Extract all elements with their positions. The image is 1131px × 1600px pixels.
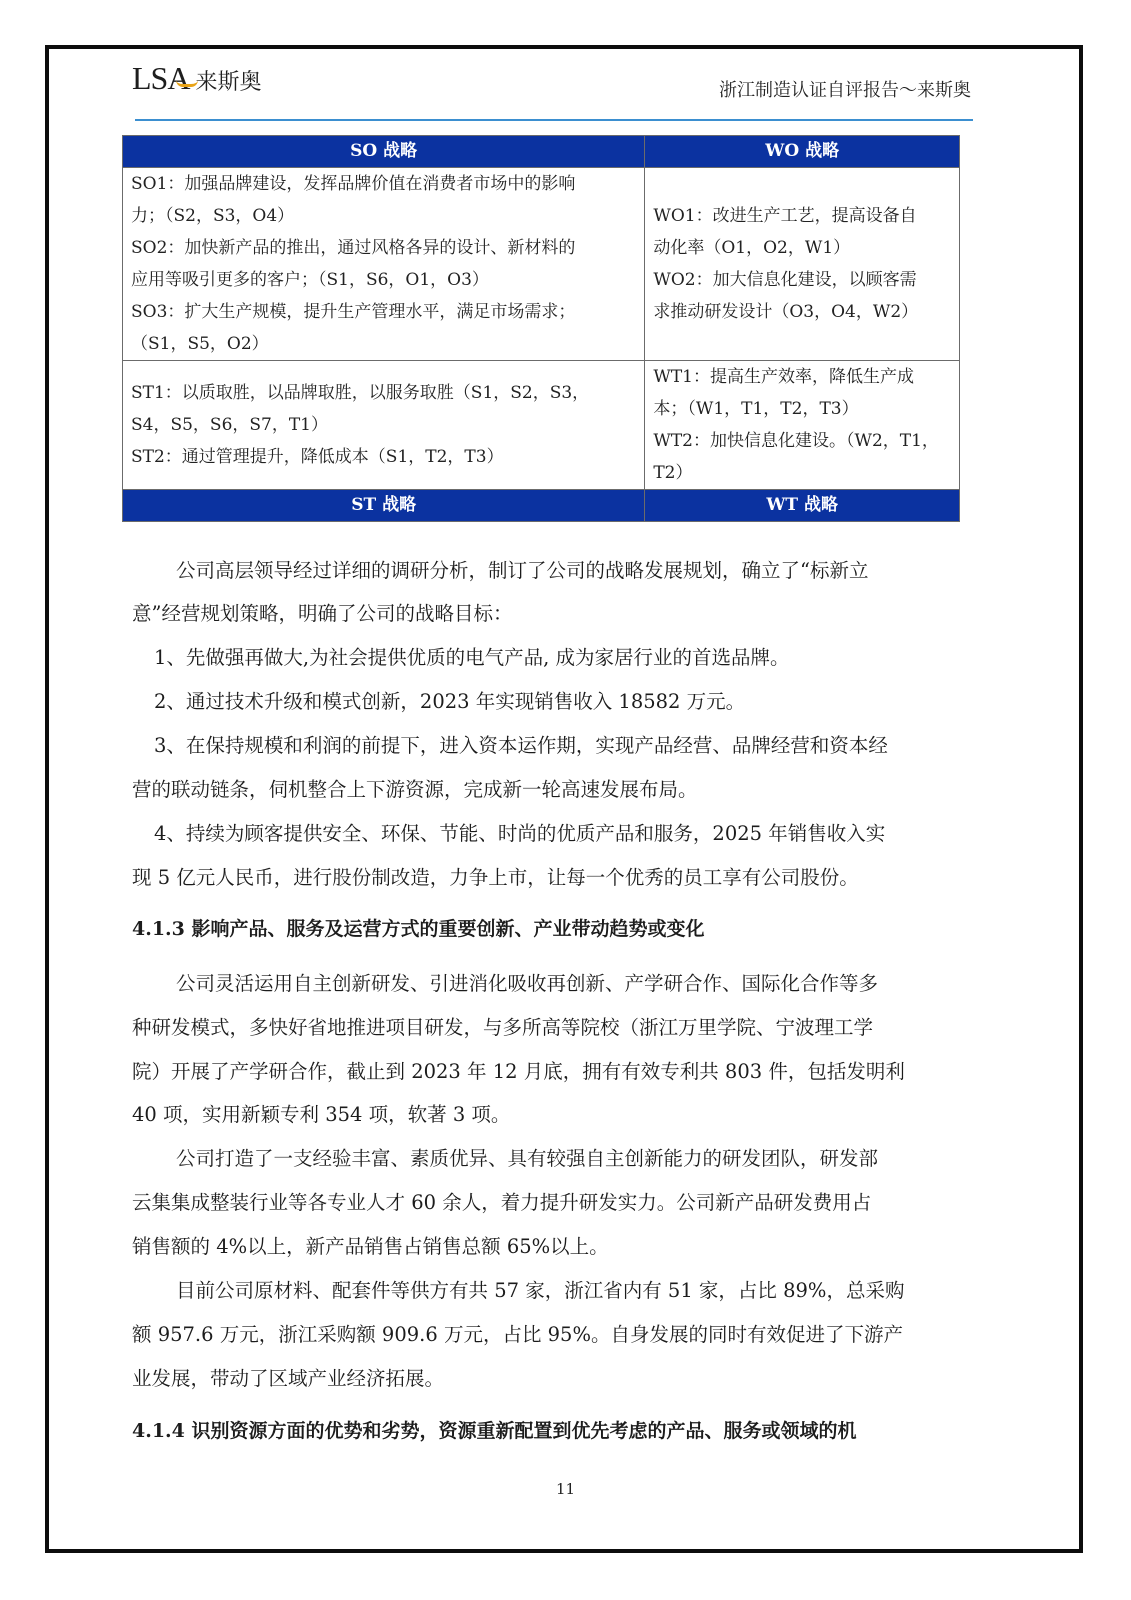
so-line: SO2：加快新产品的推出，通过风格各异的设计、新材料的 [131,232,636,264]
st-line: S4，S5，S6，S7，T1） [131,409,636,441]
logo-latin-text: LSA [132,60,189,97]
so-strategy-cell: SO1：加强品牌建设，发挥品牌价值在消费者市场中的影响 力；（S2，S3，O4）… [123,168,645,361]
goal-item-1: 1、先做强再做大,为社会提供优质的电气产品, 成为家居行业的首选品牌。 [132,642,790,670]
table-row: SO1：加强品牌建设，发挥品牌价值在消费者市场中的影响 力；（S2，S3，O4）… [123,168,960,361]
innovation-paragraph-line: 公司灵活运用自主创新研发、引进消化吸收再创新、产学研合作、国际化合作等多 [132,968,878,996]
innovation-paragraph-line: 院）开展了产学研合作，截止到 2023 年 12 月底，拥有有效专利共 803 … [132,1056,905,1084]
wt-strategy-header: WT 战略 [645,490,960,522]
st-strategy-cell: ST1：以质取胜，以品牌取胜，以服务取胜（S1，S2，S3， S4，S5，S6，… [123,361,645,490]
so-line: SO3：扩大生产规模，提升生产管理水平，满足市场需求； [131,296,636,328]
wt-line: WT1：提高生产效率，降低生产成 [653,361,951,393]
wt-line: T2） [653,457,951,489]
section-heading-4-1-3: 4.1.3 影响产品、服务及运营方式的重要创新、产业带动趋势或变化 [132,914,705,941]
team-paragraph-line: 公司打造了一支经验丰富、素质优异、具有较强自主创新能力的研发团队，研发部 [132,1143,878,1171]
logo-swoosh-icon [176,80,198,87]
st-strategy-header: ST 战略 [123,490,645,522]
so-line: 应用等吸引更多的客户；（S1，S6，O1，O3） [131,264,636,296]
section-heading-4-1-4: 4.1.4 识别资源方面的优势和劣势，资源重新配置到优先考虑的产品、服务或领域的… [132,1416,857,1443]
innovation-paragraph-line: 种研发模式，多快好省地推进项目研发，与多所高等院校（浙江万里学院、宁波理工学 [132,1012,873,1040]
wt-line: 本；（W1，T1，T2，T3） [653,393,951,425]
table-row: ST1：以质取胜，以品牌取胜，以服务取胜（S1，S2，S3， S4，S5，S6，… [123,361,960,490]
innovation-paragraph-line: 40 项，实用新颖专利 354 项，软著 3 项。 [132,1099,510,1127]
so-line: SO1：加强品牌建设，发挥品牌价值在消费者市场中的影响 [131,168,636,200]
wt-line: WT2：加快信息化建设。（W2，T1， [653,425,951,457]
wo-line: 动化率（O1，O2，W1） [653,232,951,264]
suppliers-paragraph-line: 额 957.6 万元，浙江采购额 909.6 万元，占比 95%。自身发展的同时… [132,1319,903,1347]
company-logo: LSA 来斯奥 [132,60,261,97]
page-number: 11 [0,1480,1131,1498]
goal-item-2: 2、通过技术升级和模式创新，2023 年实现销售收入 18582 万元。 [132,686,745,714]
so-line: 力；（S2，S3，O4） [131,200,636,232]
goal-item-3-cont: 营的联动链条，伺机整合上下游资源，完成新一轮高速发展布局。 [132,774,698,802]
section-title: 识别资源方面的优势和劣势，资源重新配置到优先考虑的产品、服务或领域的机 [192,1420,857,1442]
section-title: 影响产品、服务及运营方式的重要创新、产业带动趋势或变化 [192,918,705,940]
wt-strategy-cell: WT1：提高生产效率，降低生产成 本；（W1，T1，T2，T3） WT2：加快信… [645,361,960,490]
swot-strategy-table: SO 战略 WO 战略 SO1：加强品牌建设，发挥品牌价值在消费者市场中的影响 … [122,135,960,522]
section-number: 4.1.4 [132,1420,185,1442]
suppliers-paragraph-line: 目前公司原材料、配套件等供方有共 57 家，浙江省内有 51 家，占比 89%，… [132,1275,904,1303]
wo-strategy-cell: WO1：改进生产工艺，提高设备自 动化率（O1，O2，W1） WO2：加大信息化… [645,168,960,361]
goal-item-4: 4、持续为顾客提供安全、环保、节能、时尚的优质产品和服务，2025 年销售收入实 [132,818,885,846]
wo-line: WO2：加大信息化建设，以顾客需 [653,264,951,296]
intro-paragraph-line: 意”经营规划策略，明确了公司的战略目标： [132,598,512,626]
header-divider [135,119,973,121]
so-line: （S1，S5，O2） [131,328,636,360]
wo-strategy-header: WO 战略 [645,136,960,168]
logo-cjk-text: 来斯奥 [195,65,261,96]
section-number: 4.1.3 [132,918,185,940]
so-strategy-header: SO 战略 [123,136,645,168]
goal-item-3: 3、在保持规模和利润的前提下，进入资本运作期，实现产品经营、品牌经营和资本经 [132,730,888,758]
wo-line: 求推动研发设计（O3，O4，W2） [653,296,951,328]
st-line: ST1：以质取胜，以品牌取胜，以服务取胜（S1，S2，S3， [131,377,636,409]
suppliers-paragraph-line: 业发展，带动了区域产业经济拓展。 [132,1363,444,1391]
st-line: ST2：通过管理提升，降低成本（S1，T2，T3） [131,441,636,473]
goal-item-4-cont: 现 5 亿元人民币，进行股份制改造，力争上市，让每一个优秀的员工享有公司股份。 [132,862,859,890]
team-paragraph-line: 云集集成整装行业等各专业人才 60 余人，着力提升研发实力。公司新产品研发费用占 [132,1187,871,1215]
wo-line: WO1：改进生产工艺，提高设备自 [653,200,951,232]
table-header-row-top: SO 战略 WO 战略 [123,136,960,168]
team-paragraph-line: 销售额的 4%以上，新产品销售占销售总额 65%以上。 [132,1231,609,1259]
table-header-row-bottom: ST 战略 WT 战略 [123,490,960,522]
report-title: 浙江制造认证自评报告～来斯奥 [719,76,971,102]
intro-paragraph-line: 公司高层领导经过详细的调研分析，制订了公司的战略发展规划，确立了“标新立 [132,555,868,583]
